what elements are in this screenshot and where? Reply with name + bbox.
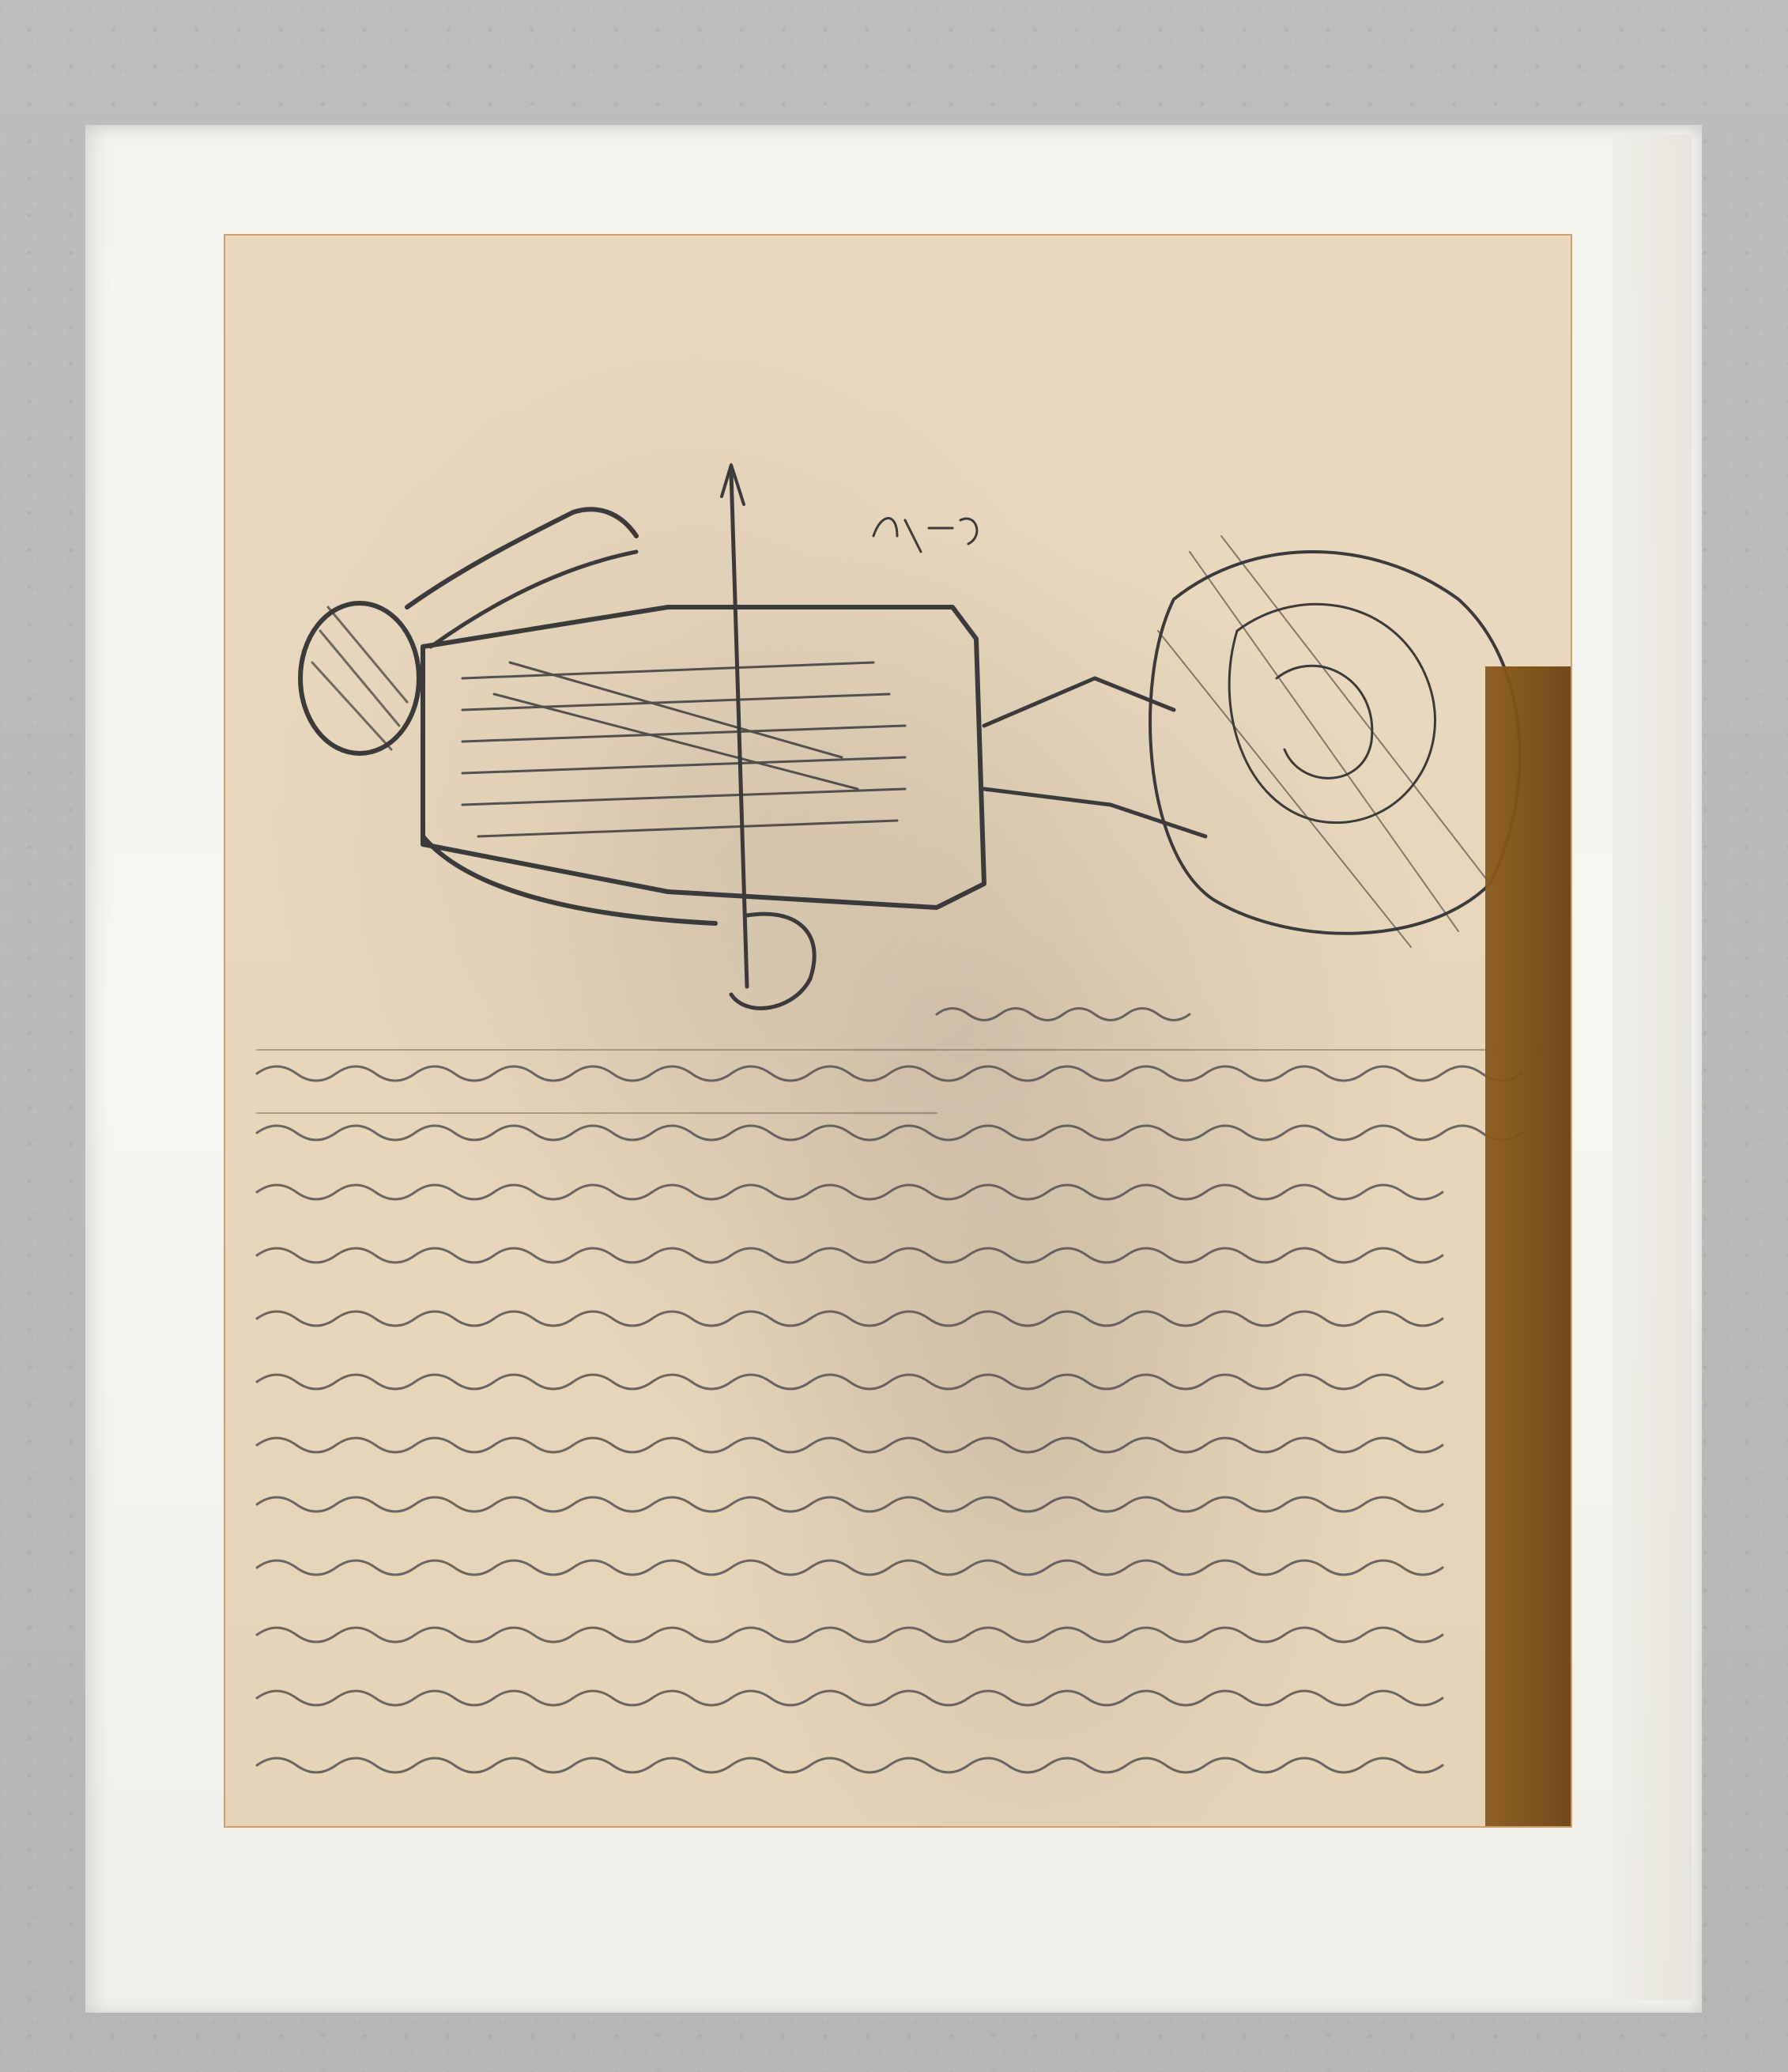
mat-bevel — [1613, 134, 1692, 2000]
brown-tape-stain — [1485, 666, 1571, 1826]
sketch-paper — [224, 234, 1572, 1828]
pencil-sketch — [225, 236, 1571, 1826]
